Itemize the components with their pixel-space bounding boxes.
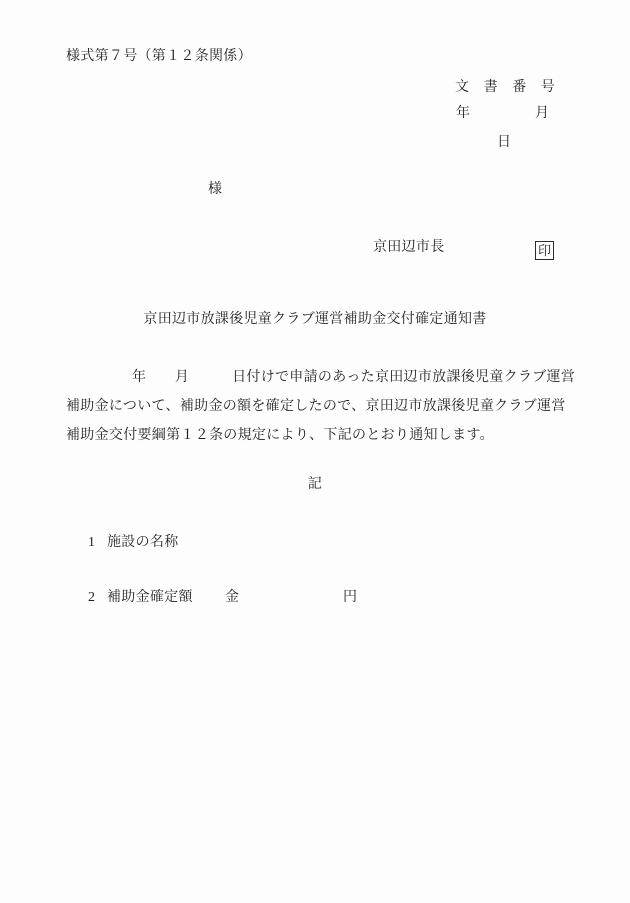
item-1-label: 施設の名称	[107, 533, 179, 553]
item-2-row: 2 補助金確定額 金 円	[0, 588, 630, 608]
body-line-2: 補助金について、補助金の額を確定したので、京田辺市放課後児童クラブ運営	[66, 397, 566, 417]
addressee-honorific: 様	[208, 180, 222, 200]
form-number: 様式第７号（第１２条関係）	[66, 47, 252, 67]
doc-number-label: 文 書 番 号	[455, 78, 555, 98]
body-line-3: 補助金交付要綱第１２条の規定により、下記のとおり通知します。	[66, 426, 494, 446]
document-page: 様式第７号（第１２条関係） 文 書 番 号 年 月 日 様 京田辺市長 印 京田…	[0, 0, 630, 903]
seal-stamp-box: 印	[535, 241, 554, 260]
item-2-amount-prefix: 金	[225, 588, 239, 608]
date-day-label: 日	[497, 133, 511, 153]
date-year-label: 年	[456, 104, 470, 124]
item-2-number: 2	[88, 588, 95, 608]
seal-label: 印	[538, 244, 551, 257]
document-title: 京田辺市放課後児童クラブ運営補助金交付確定通知書	[0, 310, 630, 330]
item-1-number: 1	[88, 533, 95, 553]
record-marker: 記	[0, 475, 630, 495]
item-2-amount-suffix: 円	[343, 588, 357, 608]
body-line-1: 年 月 日付けで申請のあった京田辺市放課後児童クラブ運営	[132, 368, 575, 388]
item-1-row: 1 施設の名称	[0, 533, 630, 553]
item-2-label: 補助金確定額	[107, 588, 193, 608]
date-month-label: 月	[535, 104, 549, 124]
sender-name: 京田辺市長	[373, 238, 445, 258]
